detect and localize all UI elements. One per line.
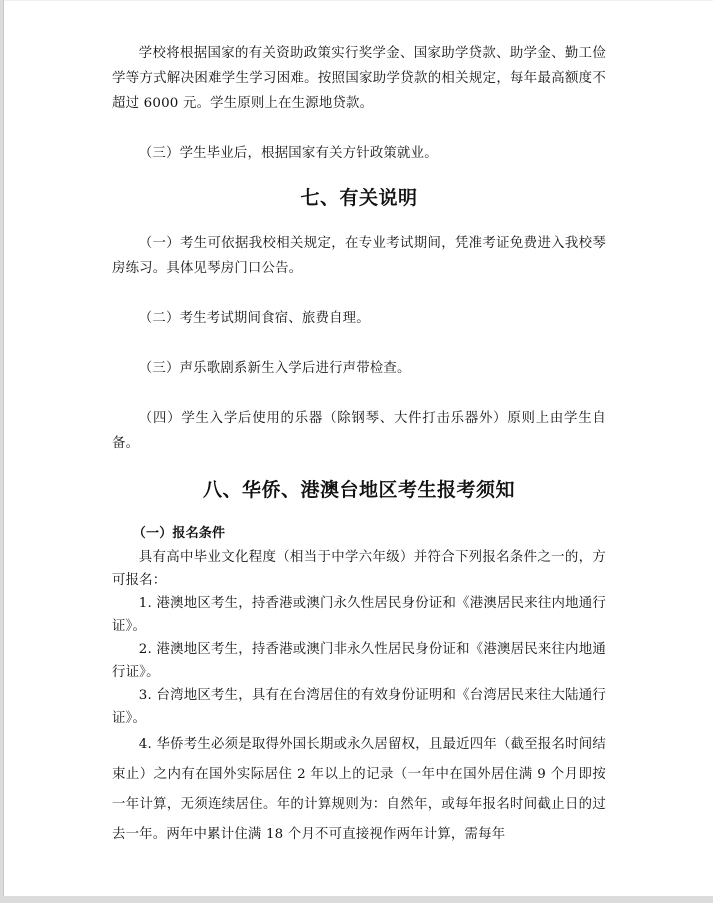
section-7-item-3: （三）声乐歌剧系新生入学后进行声带检查。 — [112, 356, 606, 381]
section-7-item-4: （四）学生入学后使用的乐器（除钢琴、大件打击乐器外）原则上由学生自备。 — [112, 406, 606, 456]
eligibility-condition-1: 1. 港澳地区考生，持香港或澳门永久性居民身份证和《港澳居民来往内地通行证》。 — [112, 592, 606, 638]
page-content: 学校将根据国家的有关资助政策实行奖学金、国家助学贷款、助学金、勤工俭学等方式解决… — [112, 41, 606, 850]
section-7-heading: 七、有关说明 — [112, 183, 606, 213]
section-8-heading: 八、华侨、港澳台地区考生报考须知 — [112, 475, 606, 505]
financial-aid-paragraph: 学校将根据国家的有关资助政策实行奖学金、国家助学贷款、助学金、勤工俭学等方式解决… — [112, 41, 606, 116]
section-7-item-1: （一）考生可依据我校相关规定，在专业考试期间，凭准考证免费进入我校琴房练习。具体… — [112, 231, 606, 281]
eligibility-condition-3: 3. 台湾地区考生，具有在台湾居住的有效身份证明和《台湾居民来往大陆通行证》。 — [112, 684, 606, 730]
section-8-subheading: （一）报名条件 — [112, 521, 606, 546]
document-page: 学校将根据国家的有关资助政策实行奖学金、国家助学贷款、助学金、勤工俭学等方式解决… — [3, 0, 713, 896]
eligibility-condition-4: 4. 华侨考生必须是取得外国长期或永久居留权，且最近四年（截至报名时间结束止）之… — [112, 730, 606, 850]
employment-paragraph: （三）学生毕业后，根据国家有关方针政策就业。 — [112, 141, 606, 166]
section-7-item-2: （二）考生考试期间食宿、旅费自理。 — [112, 306, 606, 331]
eligibility-condition-2: 2. 港澳地区考生，持香港或澳门非永久性居民身份证和《港澳居民来往内地通行证》。 — [112, 638, 606, 684]
page-top-edge — [4, 0, 713, 1]
eligibility-intro: 具有高中毕业文化程度（相当于中学六年级）并符合下列报名条件之一的，方可报名： — [112, 546, 606, 592]
